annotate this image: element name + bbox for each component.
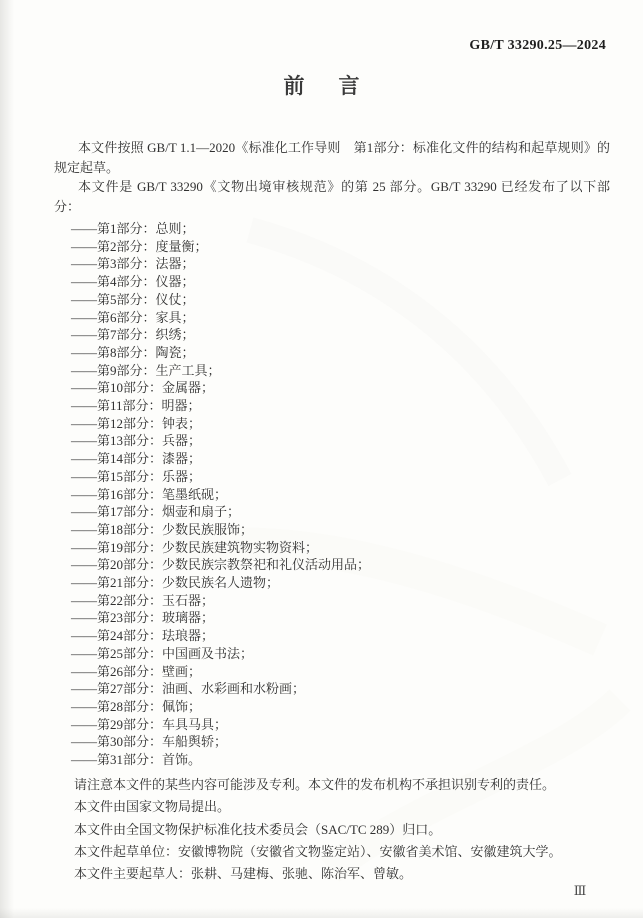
- part-list-item: ——第25部分：中国画及书法；: [54, 645, 610, 663]
- parts-list: ——第1部分：总则； ——第2部分：度量衡； ——第3部分：法器； ——第4部分…: [54, 220, 610, 769]
- part-list-item: ——第20部分：少数民族宗教祭祀和礼仪活动用品；: [54, 556, 610, 574]
- scan-shadow-bottom: [0, 908, 643, 918]
- intro-paragraph-drafting-rules: 本文件按照 GB/T 1.1—2020《标准化工作导则 第1部分：标准化文件的结…: [54, 138, 610, 177]
- part-list-item: ——第15部分：乐器；: [54, 468, 610, 486]
- part-list-item: ——第19部分：少数民族建筑物实物资料；: [54, 539, 610, 557]
- scan-shadow-left: [0, 0, 14, 918]
- part-list-item: ——第8部分：陶瓷；: [54, 344, 610, 362]
- standard-number: GB/T 33290.25—2024: [469, 38, 606, 54]
- part-list-item: ——第10部分：金属器；: [54, 379, 610, 397]
- page-title: 前言: [0, 70, 643, 100]
- part-list-item: ——第28部分：佩饰；: [54, 698, 610, 716]
- page-title-text: 前: [284, 74, 305, 98]
- chief-drafters-paragraph: 本文件主要起草人：张耕、马建梅、张驰、陈治军、曾敏。: [54, 863, 610, 885]
- part-list-item: ——第9部分：生产工具；: [54, 362, 610, 380]
- part-list-item: ——第12部分：钟表；: [54, 415, 610, 433]
- intro-paragraph-series: 本文件是 GB/T 33290《文物出境审核规范》的第 25 部分。GB/T 3…: [54, 177, 610, 216]
- part-list-item: ——第27部分：油画、水彩画和水粉画；: [54, 680, 610, 698]
- part-list-item: ——第5部分：仪仗；: [54, 291, 610, 309]
- part-list-item: ——第23部分：玻璃器；: [54, 609, 610, 627]
- part-list-item: ——第16部分：笔墨纸砚；: [54, 486, 610, 504]
- part-list-item: ——第11部分：明器；: [54, 397, 610, 415]
- document-body: 本文件按照 GB/T 1.1—2020《标准化工作导则 第1部分：标准化文件的结…: [54, 138, 610, 886]
- part-list-item: ——第26部分：壁画；: [54, 663, 610, 681]
- part-list-item: ——第7部分：织绣；: [54, 326, 610, 344]
- part-list-item: ——第22部分：玉石器；: [54, 592, 610, 610]
- page-title-text: 言: [339, 74, 360, 98]
- patent-notice-paragraph: 请注意本文件的某些内容可能涉及专利。本文件的发布机构不承担识别专利的责任。: [54, 774, 610, 796]
- part-list-item: ——第24部分：珐琅器；: [54, 627, 610, 645]
- part-list-item: ——第21部分：少数民族名人遗物；: [54, 574, 610, 592]
- part-list-item: ——第6部分：家具；: [54, 309, 610, 327]
- part-list-item: ——第13部分：兵器；: [54, 432, 610, 450]
- document-page: GB/T 33290.25—2024 前言 本文件按照 GB/T 1.1—202…: [0, 0, 643, 918]
- part-list-item: ——第14部分：漆器；: [54, 450, 610, 468]
- centralized-by-paragraph: 本文件由全国文物保护标准化技术委员会（SAC/TC 289）归口。: [54, 819, 610, 841]
- part-list-item: ——第3部分：法器；: [54, 255, 610, 273]
- drafting-organizations-paragraph: 本文件起草单位：安徽博物院（安徽省文物鉴定站）、安徽省美术馆、安徽建筑大学。: [54, 841, 610, 863]
- part-list-item: ——第30部分：车船舆轿；: [54, 733, 610, 751]
- part-list-item: ——第2部分：度量衡；: [54, 238, 610, 256]
- page-number: Ⅲ: [568, 883, 592, 899]
- part-list-item: ——第31部分：首饰。: [54, 751, 610, 769]
- part-list-item: ——第17部分：烟壶和扇子；: [54, 503, 610, 521]
- part-list-item: ——第1部分：总则；: [54, 220, 610, 238]
- part-list-item: ——第29部分：车具马具；: [54, 716, 610, 734]
- closing-paragraphs: 请注意本文件的某些内容可能涉及专利。本文件的发布机构不承担识别专利的责任。 本文…: [54, 774, 610, 886]
- part-list-item: ——第18部分：少数民族服饰；: [54, 521, 610, 539]
- proposed-by-paragraph: 本文件由国家文物局提出。: [54, 796, 610, 818]
- part-list-item: ——第4部分：仪器；: [54, 273, 610, 291]
